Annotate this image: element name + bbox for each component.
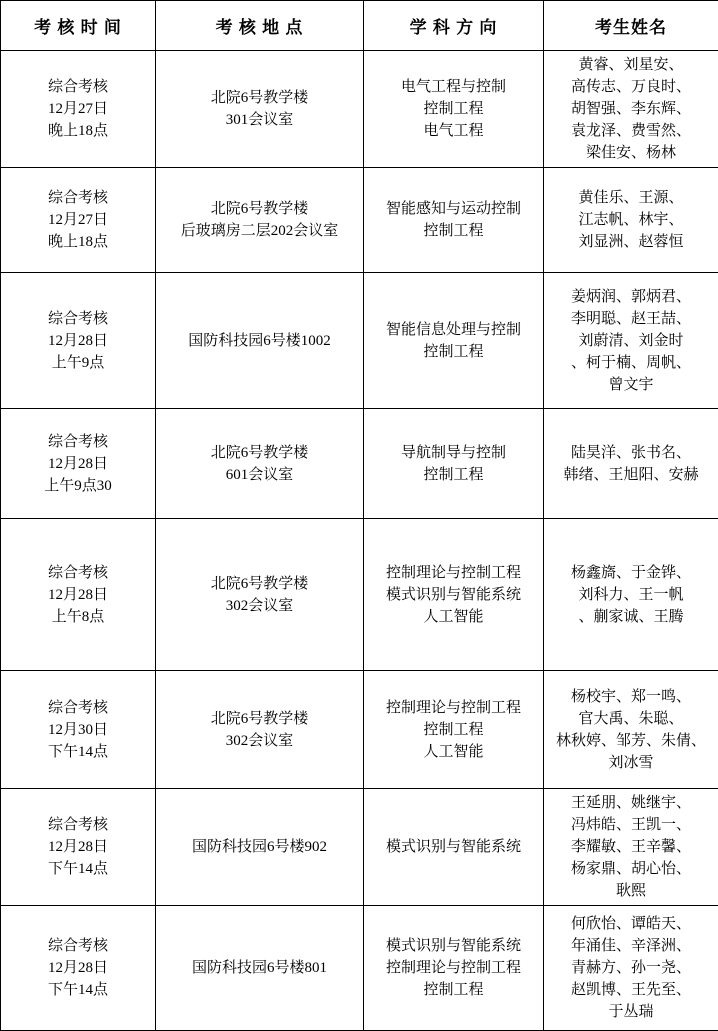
location-cell: 国防科技园6号楼801: [156, 906, 364, 1031]
time-cell: 综合考核 12月27日 晚上18点: [1, 51, 156, 168]
header-assessment-time: 考 核 时 间: [1, 1, 156, 51]
table-row: 综合考核 12月28日 上午9点30 北院6号教学楼 601会议室 导航制导与控…: [1, 409, 718, 519]
table-row: 综合考核 12月27日 晚上18点 北院6号教学楼 301会议室 电气工程与控制…: [1, 51, 718, 168]
header-candidate-names: 考生姓名: [544, 1, 718, 51]
subject-cell: 电气工程与控制 控制工程 电气工程: [364, 51, 544, 168]
table-row: 综合考核 12月28日 上午9点 国防科技园6号楼1002 智能信息处理与控制 …: [1, 273, 718, 409]
location-cell: 北院6号教学楼 601会议室: [156, 409, 364, 519]
time-cell: 综合考核 12月28日 上午9点: [1, 273, 156, 409]
candidates-cell: 杨鑫旖、于金铧、 刘科力、王一帆 、蒯家诚、王腾: [544, 519, 718, 671]
header-subject-direction: 学 科 方 向: [364, 1, 544, 51]
location-cell: 北院6号教学楼 后玻璃房二层202会议室: [156, 168, 364, 273]
candidates-cell: 王延朋、姚继宇、 冯炜皓、王凯一、 李耀敏、王辛馨、 杨家鼎、胡心怡、 耿熙: [544, 789, 718, 906]
time-cell: 综合考核 12月28日 上午8点: [1, 519, 156, 671]
location-cell: 国防科技园6号楼1002: [156, 273, 364, 409]
location-cell: 北院6号教学楼 302会议室: [156, 519, 364, 671]
table-row: 综合考核 12月30日 下午14点 北院6号教学楼 302会议室 控制理论与控制…: [1, 671, 718, 789]
time-cell: 综合考核 12月28日 下午14点: [1, 906, 156, 1031]
subject-cell: 控制理论与控制工程 模式识别与智能系统 人工智能: [364, 519, 544, 671]
time-cell: 综合考核 12月28日 上午9点30: [1, 409, 156, 519]
location-cell: 国防科技园6号楼902: [156, 789, 364, 906]
subject-cell: 控制理论与控制工程 控制工程 人工智能: [364, 671, 544, 789]
subject-cell: 智能信息处理与控制 控制工程: [364, 273, 544, 409]
table-row: 综合考核 12月27日 晚上18点 北院6号教学楼 后玻璃房二层202会议室 智…: [1, 168, 718, 273]
location-cell: 北院6号教学楼 301会议室: [156, 51, 364, 168]
table-row: 综合考核 12月28日 上午8点 北院6号教学楼 302会议室 控制理论与控制工…: [1, 519, 718, 671]
subject-cell: 智能感知与运动控制 控制工程: [364, 168, 544, 273]
table-row: 综合考核 12月28日 下午14点 国防科技园6号楼902 模式识别与智能系统 …: [1, 789, 718, 906]
candidates-cell: 黄佳乐、王源、 江志帆、林宇、 刘显洲、赵蓉恒: [544, 168, 718, 273]
candidates-cell: 何欣怡、谭皓天、 年涌佳、辛泽洲、 青赫方、孙一尧、 赵凯博、王先至、 于丛瑞: [544, 906, 718, 1031]
location-cell: 北院6号教学楼 302会议室: [156, 671, 364, 789]
subject-cell: 模式识别与智能系统: [364, 789, 544, 906]
time-cell: 综合考核 12月28日 下午14点: [1, 789, 156, 906]
assessment-schedule-table: 考 核 时 间 考 核 地 点 学 科 方 向 考生姓名 综合考核 12月27日…: [0, 0, 718, 1031]
candidates-cell: 陆昊洋、张书名、 韩绪、王旭阳、安赫: [544, 409, 718, 519]
subject-cell: 模式识别与智能系统 控制理论与控制工程 控制工程: [364, 906, 544, 1031]
time-cell: 综合考核 12月27日 晚上18点: [1, 168, 156, 273]
subject-cell: 导航制导与控制 控制工程: [364, 409, 544, 519]
candidates-cell: 杨校宇、郑一鸣、 官大禹、朱聪、 林秋婷、邹芳、朱倩、 刘冰雪: [544, 671, 718, 789]
time-cell: 综合考核 12月30日 下午14点: [1, 671, 156, 789]
header-row: 考 核 时 间 考 核 地 点 学 科 方 向 考生姓名: [1, 1, 718, 51]
header-assessment-location: 考 核 地 点: [156, 1, 364, 51]
table-row: 综合考核 12月28日 下午14点 国防科技园6号楼801 模式识别与智能系统 …: [1, 906, 718, 1031]
candidates-cell: 黄睿、刘星安、 高传志、万良时、 胡智强、李东辉、 袁龙泽、费雪然、 梁佳安、杨…: [544, 51, 718, 168]
candidates-cell: 姜炳润、郭炳君、 李明聪、赵王喆、 刘蔚清、刘金时 、柯于楠、周帆、 曾文宇: [544, 273, 718, 409]
